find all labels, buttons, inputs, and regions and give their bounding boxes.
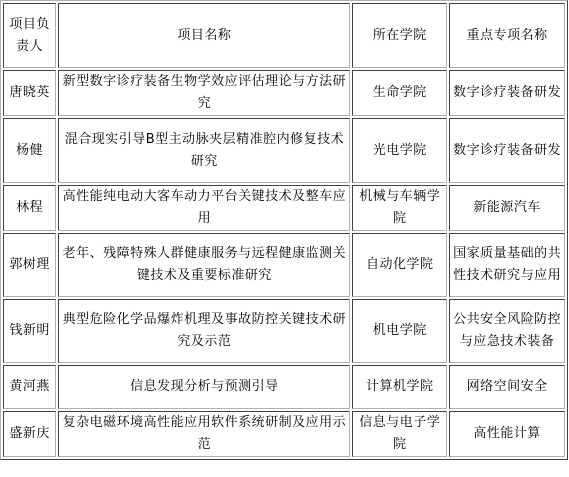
cell-project-name: 混合现实引导B型主动脉夹层精准腔内修复技术研究 [58, 118, 350, 183]
table-row: 郭树理 老年、残障特殊人群健康服务与远程健康监测关键技术及重要标准研究 自动化学… [3, 233, 565, 297]
table-row: 林程 高性能纯电动大客车动力平台关键技术及整车应用 机械与车辆学院 新能源汽车 [3, 185, 565, 231]
cell-leader: 钱新明 [3, 299, 56, 363]
cell-project-name: 信息发现分析与预测引导 [58, 365, 350, 409]
cell-college: 机械与车辆学院 [352, 185, 447, 231]
cell-special-program: 数字诊疗装备研发 [449, 70, 565, 116]
header-college: 所在学院 [352, 3, 447, 68]
cell-project-name: 新型数字诊疗装备生物学效应评估理论与方法研究 [58, 70, 350, 116]
table-row: 盛新庆 复杂电磁环境高性能应用软件系统研制及应用示范 信息与电子学院 高性能计算 [3, 411, 565, 457]
cell-leader: 杨健 [3, 118, 56, 183]
table-row: 杨健 混合现实引导B型主动脉夹层精准腔内修复技术研究 光电学院 数字诊疗装备研发 [3, 118, 565, 183]
cell-project-name: 复杂电磁环境高性能应用软件系统研制及应用示范 [58, 411, 350, 457]
cell-college: 自动化学院 [352, 233, 447, 297]
table-header-row: 项目负责人 项目名称 所在学院 重点专项名称 [3, 3, 565, 68]
cell-college: 信息与电子学院 [352, 411, 447, 457]
cell-project-name: 典型危险化学品爆炸机理及事故防控关键技术研究及示范 [58, 299, 350, 363]
cell-special-program: 高性能计算 [449, 411, 565, 457]
cell-special-program: 公共安全风险防控与应急技术装备 [449, 299, 565, 363]
cell-leader: 盛新庆 [3, 411, 56, 457]
header-special-program: 重点专项名称 [449, 3, 565, 68]
table-row: 钱新明 典型危险化学品爆炸机理及事故防控关键技术研究及示范 机电学院 公共安全风… [3, 299, 565, 363]
table-row: 黄河燕 信息发现分析与预测引导 计算机学院 网络空间安全 [3, 365, 565, 409]
cell-special-program: 数字诊疗装备研发 [449, 118, 565, 183]
projects-table: 项目负责人 项目名称 所在学院 重点专项名称 唐晓英 新型数字诊疗装备生物学效应… [0, 0, 568, 460]
cell-project-name: 老年、残障特殊人群健康服务与远程健康监测关键技术及重要标准研究 [58, 233, 350, 297]
cell-leader: 黄河燕 [3, 365, 56, 409]
table-row: 唐晓英 新型数字诊疗装备生物学效应评估理论与方法研究 生命学院 数字诊疗装备研发 [3, 70, 565, 116]
cell-leader: 唐晓英 [3, 70, 56, 116]
header-project-name: 项目名称 [58, 3, 350, 68]
cell-special-program: 新能源汽车 [449, 185, 565, 231]
cell-college: 光电学院 [352, 118, 447, 183]
cell-special-program: 网络空间安全 [449, 365, 565, 409]
cell-college: 计算机学院 [352, 365, 447, 409]
cell-special-program: 国家质量基础的共性技术研究与应用 [449, 233, 565, 297]
cell-leader: 郭树理 [3, 233, 56, 297]
header-leader: 项目负责人 [3, 3, 56, 68]
cell-project-name: 高性能纯电动大客车动力平台关键技术及整车应用 [58, 185, 350, 231]
cell-college: 生命学院 [352, 70, 447, 116]
cell-college: 机电学院 [352, 299, 447, 363]
cell-leader: 林程 [3, 185, 56, 231]
